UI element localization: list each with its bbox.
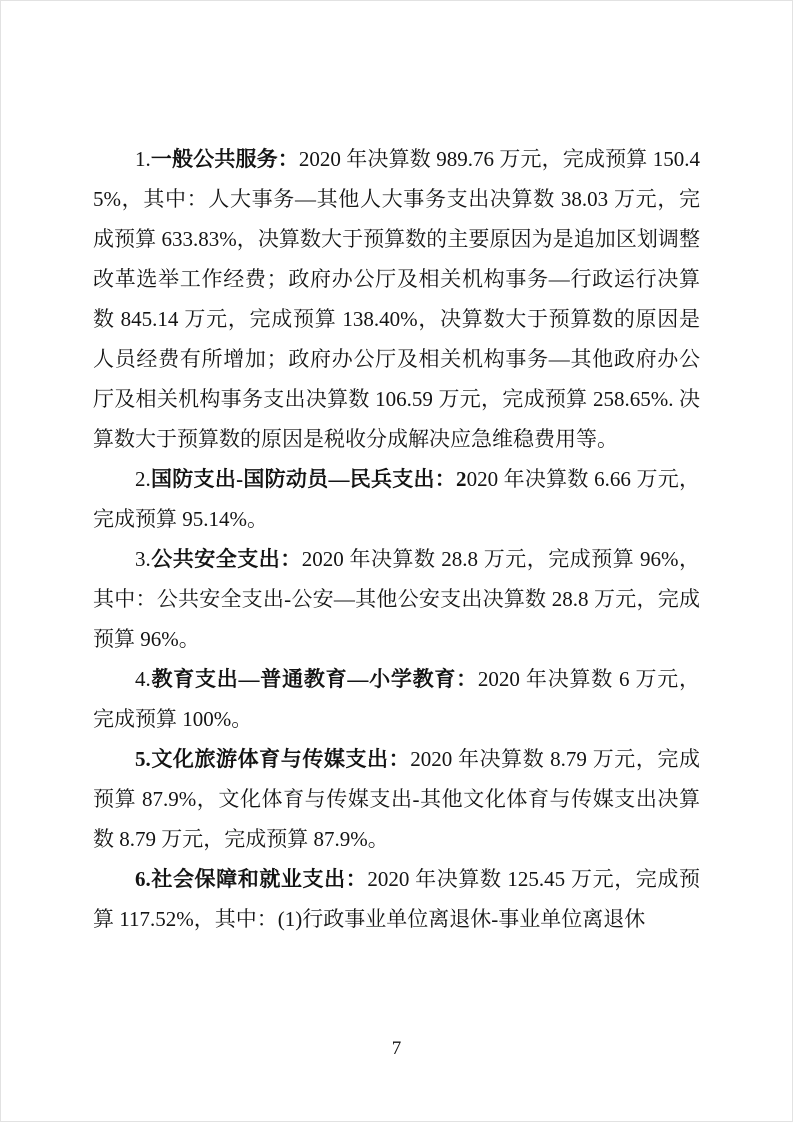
paragraph-heading: 一般公共服务： xyxy=(151,147,299,171)
paragraph-6: 6.社会保障和就业支出：2020 年决算数 125.45 万元，完成预算 117… xyxy=(93,859,700,939)
paragraph-heading: 教育支出—普通教育—小学教育： xyxy=(151,667,478,691)
document-page: 1.一般公共服务：2020 年决算数 989.76 万元，完成预算 150.45… xyxy=(0,0,793,1122)
paragraph-3: 3.公共安全支出：2020 年决算数 28.8 万元，完成预算 96%，其中：公… xyxy=(93,539,700,659)
paragraph-5: 5.文化旅游体育与传媒支出：2020 年决算数 8.79 万元，完成预算 87.… xyxy=(93,739,700,859)
paragraph-2: 2.国防支出-国防动员—民兵支出：2020 年决算数 6.66 万元，完成预算 … xyxy=(93,459,700,539)
document-body: 1.一般公共服务：2020 年决算数 989.76 万元，完成预算 150.45… xyxy=(93,139,700,939)
paragraph-number: 1. xyxy=(135,147,151,171)
paragraph-1: 1.一般公共服务：2020 年决算数 989.76 万元，完成预算 150.45… xyxy=(93,139,700,459)
paragraph-heading: 5.文化旅游体育与传媒支出： xyxy=(135,747,410,771)
paragraph-4: 4.教育支出—普通教育—小学教育：2020 年决算数 6 万元，完成预算 100… xyxy=(93,659,700,739)
paragraph-number: 2. xyxy=(135,467,151,491)
page-number: 7 xyxy=(1,1037,792,1061)
paragraph-heading: 6.社会保障和就业支出： xyxy=(135,867,367,891)
paragraph-text: 2020 年决算数 989.76 万元，完成预算 150.45%，其中：人大事务… xyxy=(93,147,700,451)
paragraph-number: 4. xyxy=(135,667,151,691)
paragraph-heading: 公共安全支出： xyxy=(151,547,302,571)
paragraph-number: 3. xyxy=(135,547,151,571)
paragraph-heading: 国防支出-国防动员—民兵支出：2 xyxy=(151,467,467,491)
